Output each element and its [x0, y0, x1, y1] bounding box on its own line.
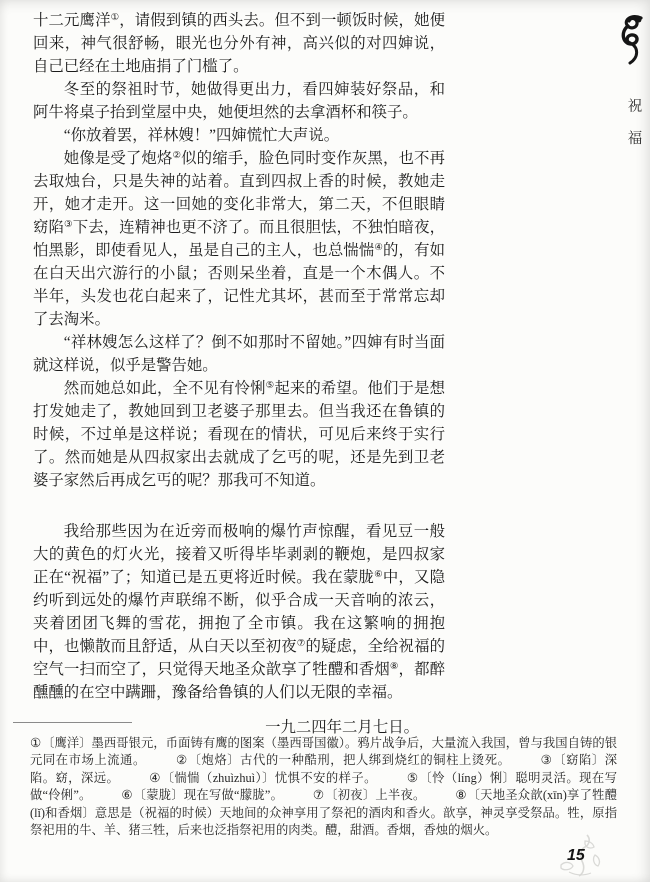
footnote-item: ⑦〔初夜〕上半夜。	[313, 788, 426, 802]
floral-scroll-icon	[617, 13, 647, 72]
footnote-separator-rule	[13, 722, 132, 723]
footnote-ref: ⑦	[297, 639, 306, 649]
paragraph: 然而她总如此，全不见有怜悧⑤起来的希望。他们于是想打发她走了，教她回到卫老婆子那…	[33, 377, 445, 492]
footnote-marker: ③	[540, 753, 552, 767]
footnote-marker: ②	[175, 753, 187, 767]
footnote-gap	[283, 798, 313, 799]
footnotes: ①〔鹰洋〕墨西哥银元，币面铸有鹰的图案（墨西哥国徽）。鸦片战争后，大量流入我国，…	[30, 735, 617, 839]
footnote-item: ②〔炮烙〕古代的一种酷刑，把人绑到烧红的铜柱上烫死。	[175, 753, 510, 767]
footnote-marker: ⑥	[121, 788, 133, 802]
footnote-gap	[146, 763, 176, 764]
footnote-ref: ⑤	[266, 381, 275, 391]
footnote-gap	[119, 781, 149, 782]
footnote-ref: ③	[64, 220, 73, 230]
footnote-gap	[510, 763, 540, 764]
paragraph: “你放着罢，祥林嫂！”四婶慌忙大声说。	[33, 124, 445, 147]
footnote-marker: ④	[149, 771, 161, 785]
footnote-ref: ⑥	[374, 570, 383, 580]
footnote-ref: ①	[111, 13, 120, 23]
book-page: 十二元鹰洋①，请假到镇的西头去。但不到一顿饭时候，她便回来，神气很舒畅，眼光也分…	[0, 0, 650, 882]
paragraph: 十二元鹰洋①，请假到镇的西头去。但不到一顿饭时候，她便回来，神气很舒畅，眼光也分…	[33, 9, 445, 78]
footnote-marker: ⑦	[313, 788, 325, 802]
footnote-item: ⑥〔蒙胧〕现在写做“朦胧”。	[121, 788, 283, 802]
footnote-ref: ⑧	[390, 662, 399, 672]
paragraph: 我给那些因为在近旁而极响的爆竹声惊醒，看见豆一般大的黄色的灯火光，接着又听得毕毕…	[33, 520, 445, 704]
paragraph: 她像是受了炮烙②似的缩手，脸色同时变作灰黑，也不再去取烛台，只是失神的站着。直到…	[33, 147, 445, 331]
margin-title-char-fu: 福	[627, 127, 643, 148]
footnote-marker: ⑤	[406, 771, 418, 785]
footnote-marker: ①	[30, 736, 41, 750]
paragraph: “祥林嫂怎么这样了？倒不如那时不留她。”四婶有时当面就这样说，似乎是警告她。	[33, 331, 445, 377]
footnote-gap	[377, 781, 407, 782]
page-number: 15	[567, 847, 585, 865]
paragraph: 冬至的祭祖时节，她做得更出力，看四婶装好祭品，和阿牛将桌子抬到堂屋中央，她便坦然…	[33, 78, 445, 124]
margin-title-char-zhu: 祝	[627, 95, 643, 116]
footnote-gap	[426, 798, 456, 799]
footnote-ref: ④	[374, 243, 383, 253]
footnote-item: ④〔惴惴（zhuìzhuì）〕忧惧不安的样子。	[149, 771, 377, 785]
footnote-ref: ②	[172, 151, 181, 161]
footnote-gap	[92, 798, 122, 799]
footnote-marker: ⑧	[455, 788, 467, 802]
body-text: 十二元鹰洋①，请假到镇的西头去。但不到一顿饭时候，她便回来，神气很舒畅，眼光也分…	[33, 9, 445, 739]
